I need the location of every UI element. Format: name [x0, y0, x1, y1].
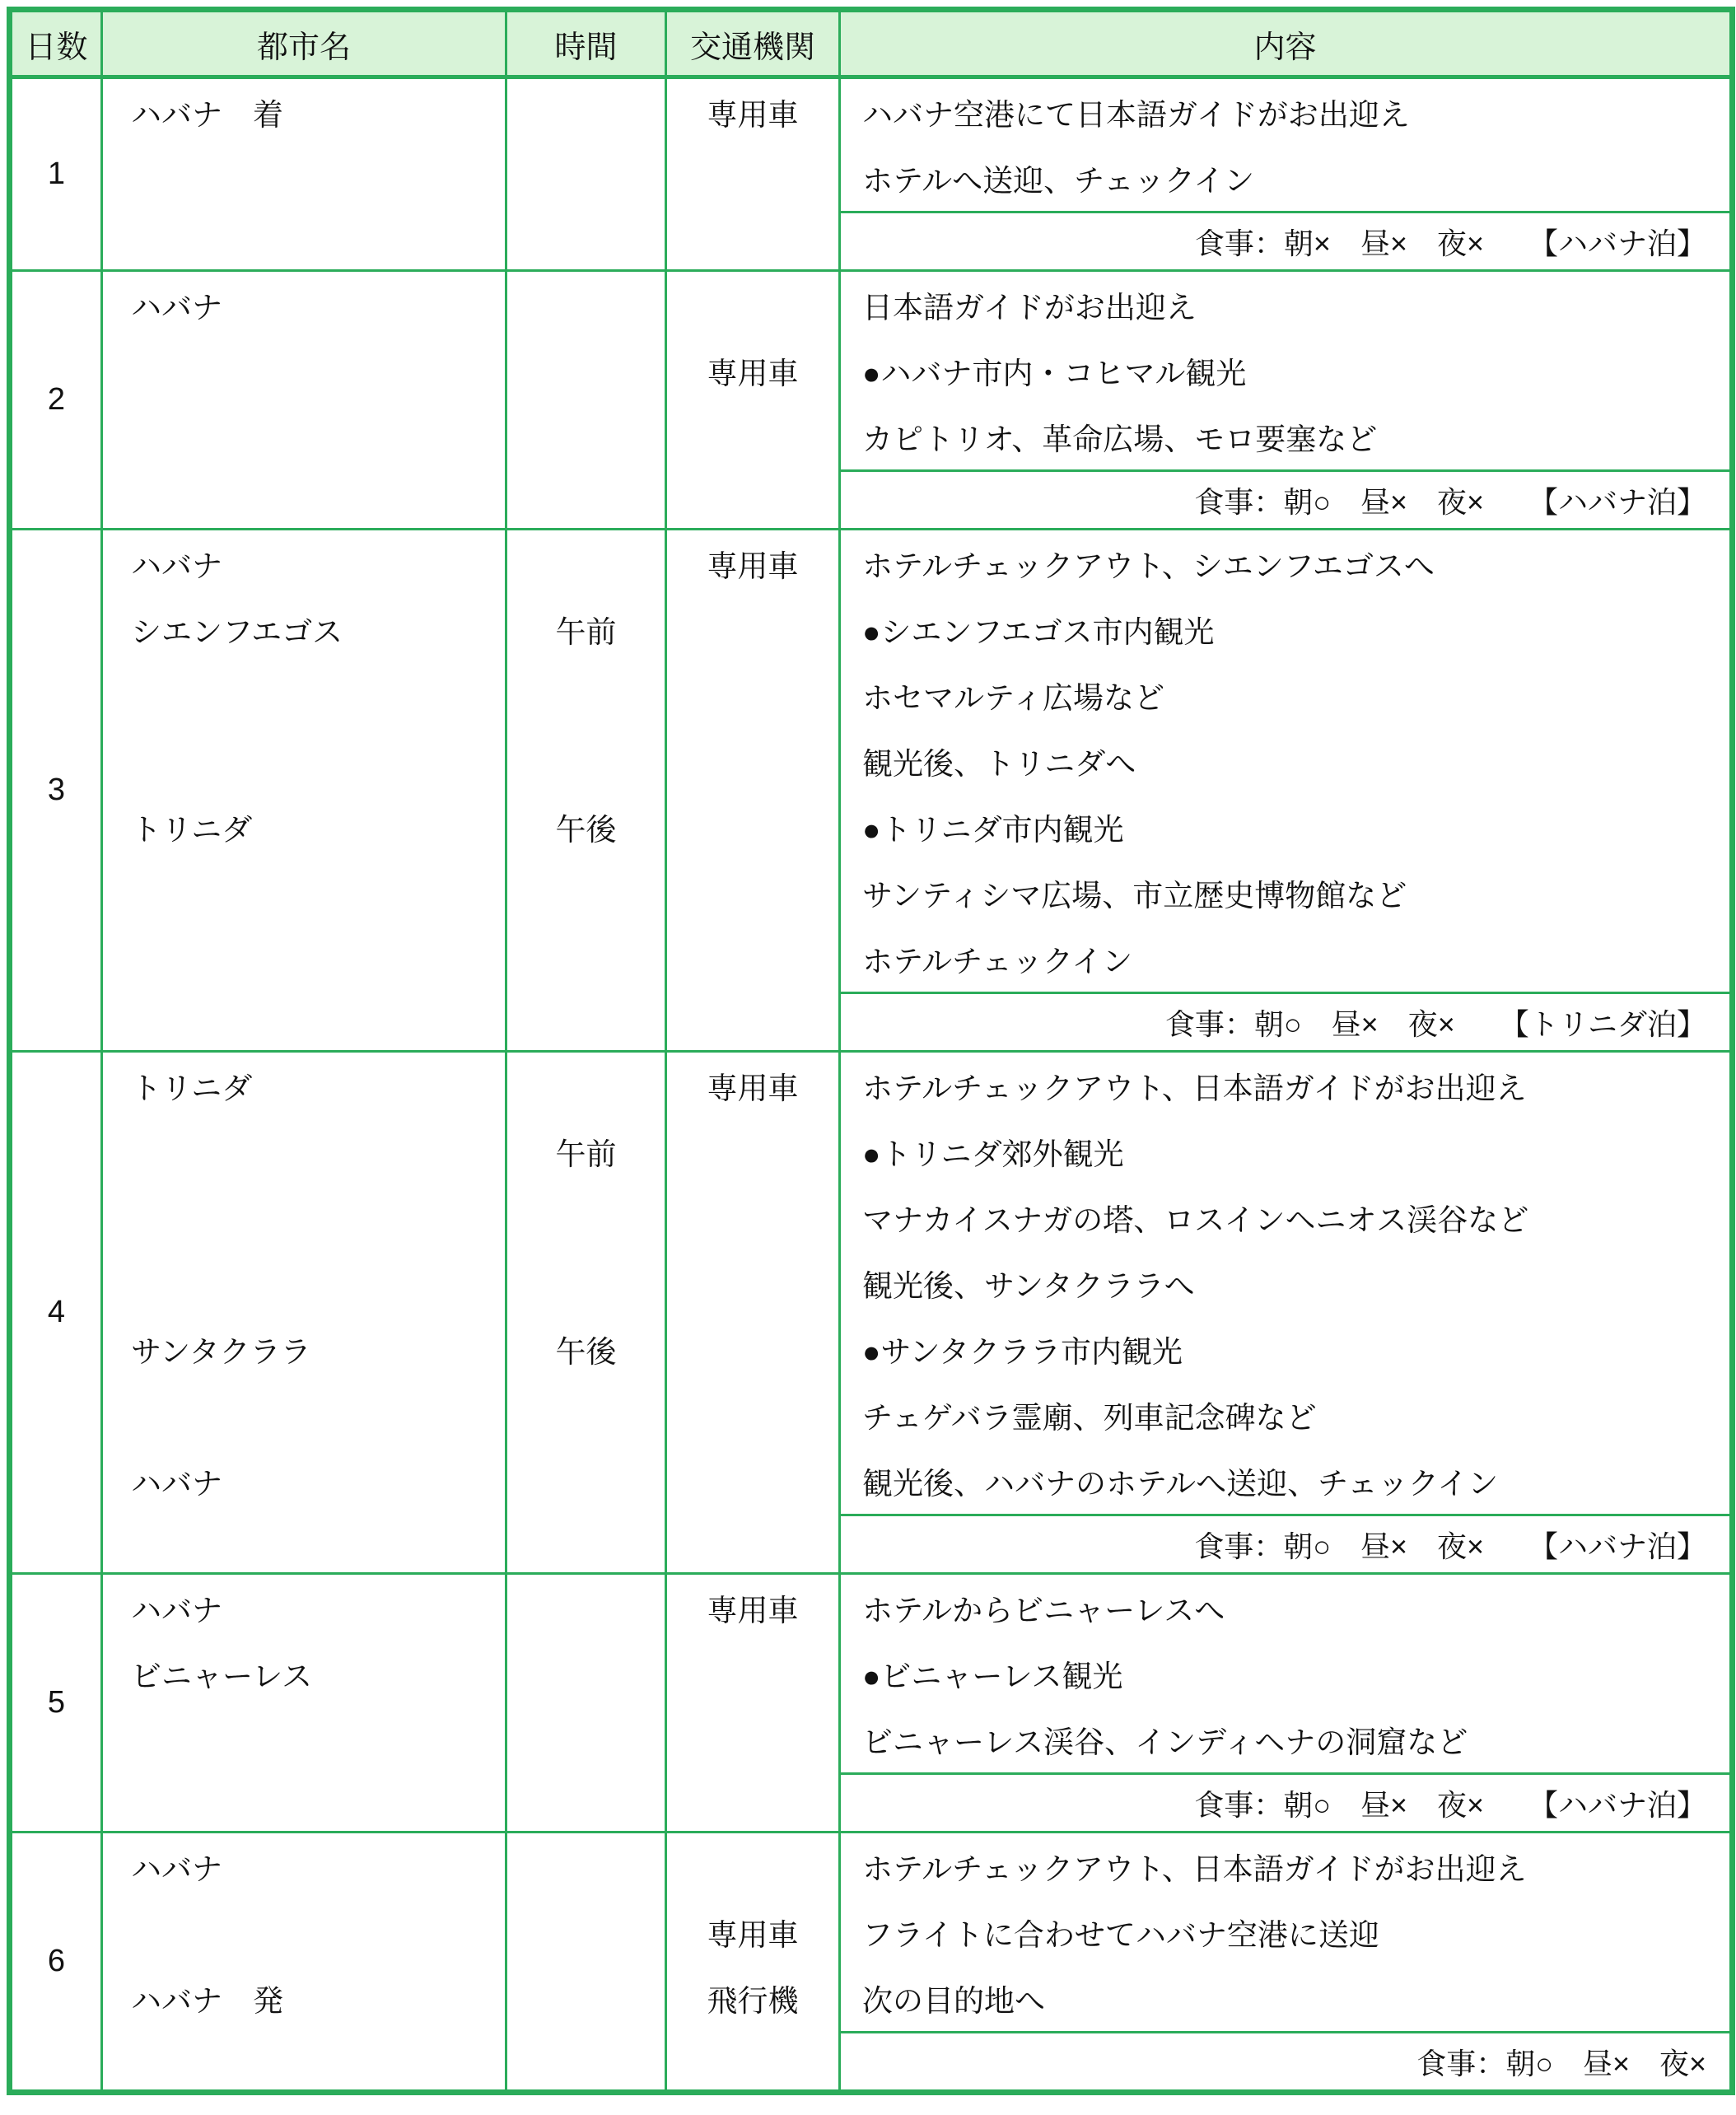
transport-cell: 専用車 [666, 1574, 840, 1833]
meal-summary: 食事：朝○ 昼× 夜× 【トリニダ泊】 [841, 994, 1729, 1050]
city-cell: ハバナ [102, 271, 506, 530]
content-cell: ホテルチェックアウト、シエンフエゴスへ●シエンフエゴス市内観光ホセマルティ広場な… [840, 530, 1733, 993]
time-cell [506, 271, 666, 530]
city-label: サンタクララ [103, 1316, 505, 1382]
city-cell: ハバナ 着 [102, 77, 506, 271]
city-cell: トリニダサンタクララハバナ [102, 1052, 506, 1574]
transport-label: 専用車 [667, 530, 838, 596]
content-line: ●トリニダ郊外観光 [841, 1118, 1729, 1184]
day-number-cell: 1 [10, 77, 102, 271]
transport-cell: 専用車 [666, 271, 840, 530]
content-line: ホテルチェックイン [841, 926, 1729, 992]
city-label: ハバナ [103, 1448, 505, 1514]
itinerary-table: 日数都市名時間交通機関内容 1ハバナ 着専用車ハバナ空港にて日本語ガイドがお出迎… [7, 7, 1735, 2095]
content-line: ホセマルティ広場など [841, 662, 1729, 728]
header-cell-city: 都市名 [102, 10, 506, 77]
time-label: 午前 [507, 1118, 665, 1184]
transport-cell: 専用車 [666, 77, 840, 271]
city-label: ハバナ [103, 272, 505, 338]
content-line: 観光後、サンタクララへ [841, 1250, 1729, 1316]
city-cell: ハバナハバナ 発 [102, 1833, 506, 2093]
header-cell-transport: 交通機関 [666, 10, 840, 77]
city-label: ビニャーレス [103, 1641, 505, 1706]
transport-label: 専用車 [667, 79, 838, 145]
day-row: 3ハバナシエンフエゴストリニダ午前午後専用車ホテルチェックアウト、シエンフエゴス… [10, 530, 1733, 993]
table-header: 日数都市名時間交通機関内容 [10, 10, 1733, 77]
content-cell: ホテルからビニャーレスへ●ビニャーレス観光ビニャーレス渓谷、インディヘナの洞窟な… [840, 1574, 1733, 1774]
meal-cell: 食事：朝× 昼× 夜× 【ハバナ泊】 [840, 212, 1733, 271]
content-line: 日本語ガイドがお出迎え [841, 272, 1729, 338]
city-label: ハバナ [103, 530, 505, 596]
meal-summary: 食事：朝○ 昼× 夜× 【ハバナ泊】 [841, 472, 1729, 528]
content-line: フライトに合わせてハバナ空港に送迎 [841, 1899, 1729, 1965]
meal-cell: 食事：朝○ 昼× 夜× 【ハバナ泊】 [840, 1774, 1733, 1833]
content-line: ホテルチェックアウト、シエンフエゴスへ [841, 530, 1729, 596]
city-label: ハバナ [103, 1833, 505, 1899]
header-cell-content: 内容 [840, 10, 1733, 77]
content-cell: ハバナ空港にて日本語ガイドがお出迎えホテルへ送迎、チェックイン [840, 77, 1733, 212]
meal-cell: 食事：朝○ 昼× 夜× 【トリニダ泊】 [840, 993, 1733, 1052]
day-number-cell: 3 [10, 530, 102, 1052]
meal-summary: 食事：朝× 昼× 夜× 【ハバナ泊】 [841, 213, 1729, 269]
day-number-cell: 4 [10, 1052, 102, 1574]
meal-cell: 食事：朝○ 昼× 夜× [840, 2033, 1733, 2093]
content-line: ホテルチェックアウト、日本語ガイドがお出迎え [841, 1833, 1729, 1899]
meal-summary: 食事：朝○ 昼× 夜× 【ハバナ泊】 [841, 1516, 1729, 1572]
header-row: 日数都市名時間交通機関内容 [10, 10, 1733, 77]
city-label: ハバナ 着 [103, 79, 505, 145]
content-line: マナカイスナガの塔、ロスインヘニオス渓谷など [841, 1184, 1729, 1250]
transport-label: 専用車 [667, 1575, 838, 1641]
table-body: 1ハバナ 着専用車ハバナ空港にて日本語ガイドがお出迎えホテルへ送迎、チェックイン… [10, 77, 1733, 2093]
header-cell-time: 時間 [506, 10, 666, 77]
content-line: ホテルからビニャーレスへ [841, 1575, 1729, 1641]
city-label: トリニダ [103, 1053, 505, 1118]
content-line: カピトリオ、革命広場、モロ要塞など [841, 404, 1729, 469]
content-line: 観光後、ハバナのホテルへ送迎、チェックイン [841, 1448, 1729, 1514]
transport-cell: 専用車 [666, 1052, 840, 1574]
city-cell: ハバナビニャーレス [102, 1574, 506, 1833]
content-line: ●サンタクララ市内観光 [841, 1316, 1729, 1382]
meal-summary: 食事：朝○ 昼× 夜× 【ハバナ泊】 [841, 1775, 1729, 1831]
content-line: ●シエンフエゴス市内観光 [841, 596, 1729, 662]
time-label: 午前 [507, 596, 665, 662]
city-cell: ハバナシエンフエゴストリニダ [102, 530, 506, 1052]
transport-label: 専用車 [667, 1899, 838, 1965]
content-line: ホテルチェックアウト、日本語ガイドがお出迎え [841, 1053, 1729, 1118]
content-cell: ホテルチェックアウト、日本語ガイドがお出迎えフライトに合わせてハバナ空港に送迎次… [840, 1833, 1733, 2033]
day-number-cell: 6 [10, 1833, 102, 2093]
time-cell [506, 1833, 666, 2093]
content-line: ハバナ空港にて日本語ガイドがお出迎え [841, 79, 1729, 145]
time-cell [506, 77, 666, 271]
city-label: ハバナ [103, 1575, 505, 1641]
content-line: ●トリニダ市内観光 [841, 794, 1729, 860]
content-line: 観光後、トリニダへ [841, 728, 1729, 794]
content-line: ビニャーレス渓谷、インディヘナの洞窟など [841, 1706, 1729, 1772]
day-number-cell: 2 [10, 271, 102, 530]
content-line: サンティシマ広場、市立歴史博物館など [841, 860, 1729, 926]
day-row: 1ハバナ 着専用車ハバナ空港にて日本語ガイドがお出迎えホテルへ送迎、チェックイン [10, 77, 1733, 212]
content-line: ●ハバナ市内・コヒマル観光 [841, 338, 1729, 404]
day-row: 5ハバナビニャーレス専用車ホテルからビニャーレスへ●ビニャーレス観光ビニャーレス… [10, 1574, 1733, 1774]
day-number-cell: 5 [10, 1574, 102, 1833]
header-cell-days: 日数 [10, 10, 102, 77]
transport-label: 専用車 [667, 338, 838, 404]
meal-cell: 食事：朝○ 昼× 夜× 【ハバナ泊】 [840, 1515, 1733, 1574]
content-line: ●ビニャーレス観光 [841, 1641, 1729, 1706]
time-cell [506, 1574, 666, 1833]
day-row: 6ハバナハバナ 発専用車飛行機ホテルチェックアウト、日本語ガイドがお出迎えフライ… [10, 1833, 1733, 2033]
city-label: ハバナ 発 [103, 1965, 505, 2031]
transport-label: 専用車 [667, 1053, 838, 1118]
city-label: トリニダ [103, 794, 505, 860]
meal-cell: 食事：朝○ 昼× 夜× 【ハバナ泊】 [840, 471, 1733, 530]
content-line: チェゲバラ霊廟、列車記念碑など [841, 1382, 1729, 1448]
day-row: 2ハバナ専用車日本語ガイドがお出迎え●ハバナ市内・コヒマル観光カピトリオ、革命広… [10, 271, 1733, 471]
time-cell: 午前午後 [506, 530, 666, 1052]
time-label: 午後 [507, 1316, 665, 1382]
time-label: 午後 [507, 794, 665, 860]
content-cell: ホテルチェックアウト、日本語ガイドがお出迎え●トリニダ郊外観光マナカイスナガの塔… [840, 1052, 1733, 1515]
page: { "colors": { "border_green": "#2bac5a",… [0, 7, 1736, 2115]
content-line: ホテルへ送迎、チェックイン [841, 145, 1729, 211]
content-cell: 日本語ガイドがお出迎え●ハバナ市内・コヒマル観光カピトリオ、革命広場、モロ要塞な… [840, 271, 1733, 471]
city-label: シエンフエゴス [103, 596, 505, 662]
content-line: 次の目的地へ [841, 1965, 1729, 2031]
transport-cell: 専用車飛行機 [666, 1833, 840, 2093]
meal-summary: 食事：朝○ 昼× 夜× [841, 2033, 1729, 2089]
transport-label: 飛行機 [667, 1965, 838, 2031]
time-cell: 午前午後 [506, 1052, 666, 1574]
transport-cell: 専用車 [666, 530, 840, 1052]
day-row: 4トリニダサンタクララハバナ午前午後専用車ホテルチェックアウト、日本語ガイドがお… [10, 1052, 1733, 1515]
